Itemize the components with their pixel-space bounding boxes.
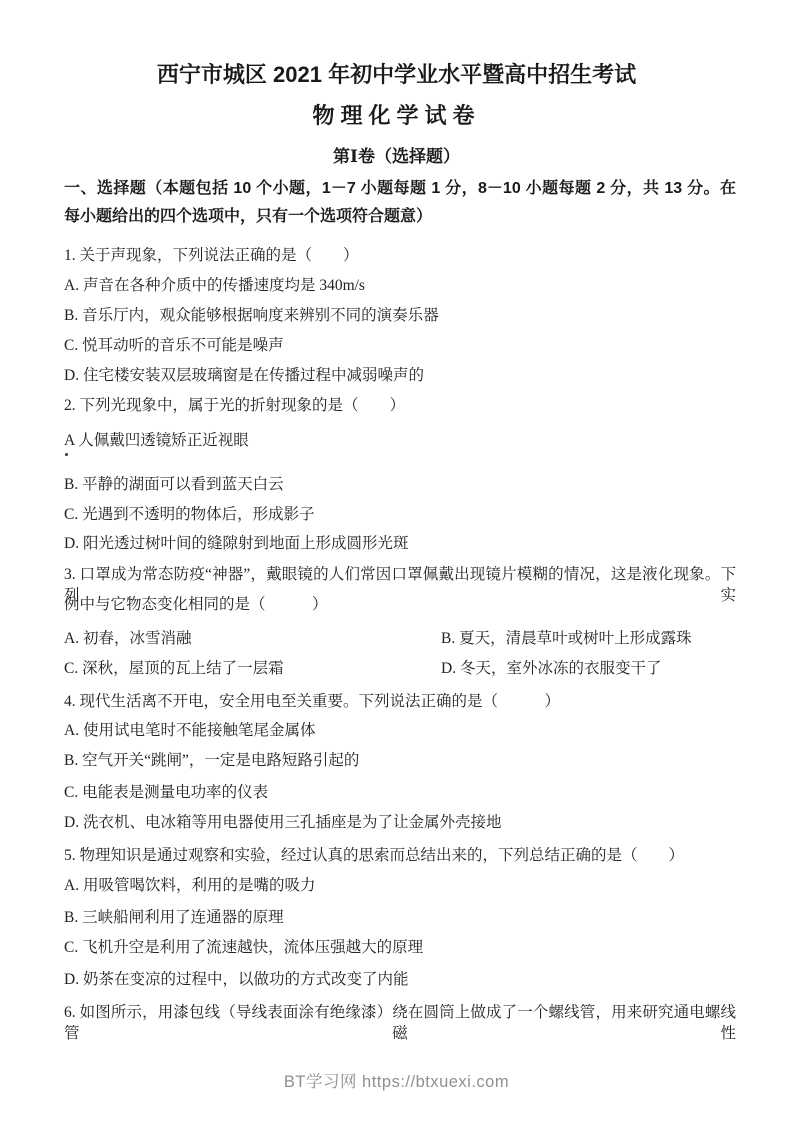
q2-option-c: C. 光遇到不透明的物体后，形成影子 [64, 504, 736, 525]
q3-option-a: A. 初春，冰雪消融 [64, 628, 441, 649]
q2-stem: 2. 下列光现象中，属于光的折射现象的是（ ） [64, 395, 736, 416]
q3-option-b: B. 夏天，清晨草叶或树叶上形成露珠 [441, 628, 692, 649]
exam-document-page: 西宁市城区 2021 年初中学业水平暨高中招生考试 物理化学试卷 第Ⅰ卷（选择题… [0, 0, 793, 1122]
watermark-footer: BT学习网 https://btxuexi.com [0, 1072, 793, 1093]
q4-option-b: B. 空气开关“跳闸”，一定是电路短路引起的 [64, 750, 736, 771]
q1-stem: 1. 关于声现象，下列说法正确的是（ ） [64, 245, 736, 266]
q1-option-b: B. 音乐厅内，观众能够根据响度来辨别不同的演奏乐器 [64, 305, 736, 326]
q4-option-c: C. 电能表是测量电功率的仪表 [64, 782, 736, 803]
q3-option-c: C. 深秋，屋顶的瓦上结了一层霜 [64, 658, 441, 679]
q2-option-a: A 人佩戴凹透镜矫正近视眼 [64, 430, 736, 451]
q5-option-d: D. 奶茶在变凉的过程中，以做功的方式改变了内能 [64, 969, 736, 990]
q1-option-a: A. 声音在各种介质中的传播速度均是 340m/s [64, 275, 736, 296]
q5-option-b: B. 三峡船闸利用了连通器的原理 [64, 907, 736, 928]
exam-title: 西宁市城区 2021 年初中学业水平暨高中招生考试 [0, 64, 793, 85]
q3-options-row-1: A. 初春，冰雪消融B. 夏天，清晨草叶或树叶上形成露珠 [64, 628, 736, 649]
q1-option-d: D. 住宅楼安装双层玻璃窗是在传播过程中减弱噪声的 [64, 365, 736, 386]
q2-option-b: B. 平静的湖面可以看到蓝天白云 [64, 474, 736, 495]
q3-options-row-2: C. 深秋，屋顶的瓦上结了一层霜D. 冬天，室外冰冻的衣服变干了 [64, 658, 736, 679]
intro-line-2: 每小题给出的四个选项中，只有一个选项符合题意） [64, 206, 736, 227]
q2-option-d: D. 阳光透过树叶间的缝隙射到地面上形成圆形光斑 [64, 533, 736, 554]
q3-stem-line-2: 例中与它物态变化相同的是（ ） [64, 594, 736, 615]
q5-stem: 5. 物理知识是通过观察和实验，经过认真的思索而总结出来的，下列总结正确的是（ … [64, 845, 736, 866]
q5-option-a: A. 用吸管喝饮料，利用的是嘴的吸力 [64, 875, 736, 896]
stray-ink-dot [65, 453, 68, 456]
q4-stem: 4. 现代生活离不开电，安全用电至关重要。下列说法正确的是（ ） [64, 691, 736, 712]
q3-option-d: D. 冬天，室外冰冻的衣服变干了 [441, 658, 661, 679]
q4-option-a: A. 使用试电笔时不能接触笔尾金属体 [64, 720, 736, 741]
exam-subtitle: 物理化学试卷 [0, 105, 793, 126]
intro-line-1: 一、选择题（本题包括 10 个小题，1－7 小题每题 1 分，8－10 小题每题… [64, 178, 736, 199]
q4-option-d: D. 洗衣机、电冰箱等用电器使用三孔插座是为了让金属外壳接地 [64, 812, 736, 833]
q1-option-c: C. 悦耳动听的音乐不可能是噪声 [64, 335, 736, 356]
q6-stem: 6. 如图所示，用漆包线（导线表面涂有绝缘漆）绕在圆筒上做成了一个螺线管，用来研… [64, 1002, 736, 1044]
q5-option-c: C. 飞机升空是利用了流速越快，流体压强越大的原理 [64, 937, 736, 958]
section-heading: 第Ⅰ卷（选择题） [0, 146, 793, 167]
